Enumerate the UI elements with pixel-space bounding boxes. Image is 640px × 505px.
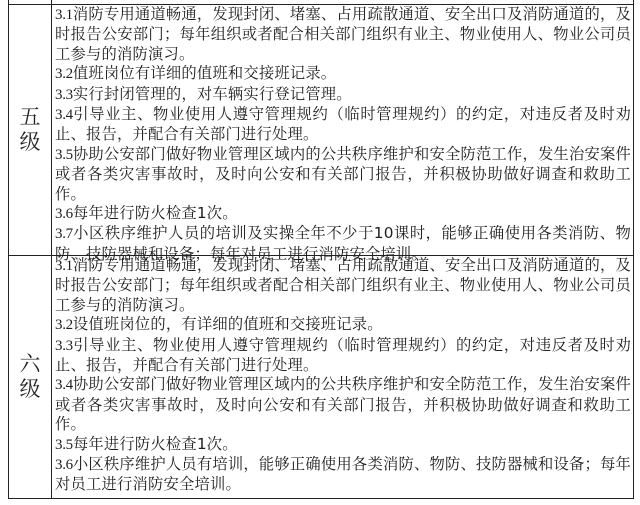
list-item: 3.6小区秩序维护人员有培训，能够正确使用各类消防、物防、技防器械和设备；每年对…: [55, 455, 631, 495]
item-text: 协助公安部门做好物业管理区域内的公共秩序维护和安全防范工作，发生治安案件或者各类…: [55, 145, 631, 203]
level-label: 六 级: [18, 352, 42, 402]
level-char: 五: [18, 105, 42, 130]
list-item: 3.2值班岗位有详细的值班和交接班记录。: [55, 64, 631, 84]
item-number: 3.2: [55, 66, 73, 82]
table-row-level-5: 五 级 3.1消防专用通道畅通，发现封闭、堵塞、占用疏散通道、安全出口及消防通道…: [9, 4, 633, 255]
item-number: 3.5: [55, 147, 73, 163]
list-item: 3.3实行封闭管理的，对车辆实行登记管理。: [55, 85, 631, 105]
list-item: 3.6每年进行防火检查1次。: [55, 204, 631, 224]
level-char: 级: [18, 130, 42, 155]
list-item: 3.2设值班岗位的，有详细的值班和交接班记录。: [55, 315, 631, 335]
item-number: 3.1: [55, 7, 73, 23]
level-char: 级: [18, 377, 42, 402]
item-number: 3.5: [55, 437, 73, 453]
content-cell: 3.1消防专用通道畅通，发现封闭、堵塞、占用疏散通道、安全出口及消防通道的，及时…: [52, 256, 633, 498]
item-text: 消防专用通道畅通，发现封闭、堵塞、占用疏散通道、安全出口及消防通道的，及时报告公…: [55, 256, 631, 314]
list-item: 3.1消防专用通道畅通，发现封闭、堵塞、占用疏散通道、安全出口及消防通道的，及时…: [55, 5, 631, 64]
level-cell: 五 级: [9, 5, 52, 255]
item-number: 3.6: [55, 457, 73, 473]
standards-table: 五 级 3.1消防专用通道畅通，发现封闭、堵塞、占用疏散通道、安全出口及消防通道…: [8, 0, 634, 499]
item-text: 消防专用通道畅通，发现封闭、堵塞、占用疏散通道、安全出口及消防通道的，及时报告公…: [55, 5, 631, 63]
item-number: 3.3: [55, 87, 73, 103]
list-item: 3.5每年进行防火检查1次。: [55, 435, 631, 455]
level-cell: 六 级: [9, 256, 52, 498]
item-number: 3.3: [55, 338, 73, 354]
table-row-level-6: 六 级 3.1消防专用通道畅通，发现封闭、堵塞、占用疏散通道、安全出口及消防通道…: [9, 255, 633, 498]
previous-content-cell: [52, 0, 633, 4]
item-text: 实行封闭管理的，对车辆实行登记管理。: [73, 85, 352, 103]
item-number: 3.2: [55, 317, 73, 333]
item-text: 引导业主、物业使用人遵守管理规约（临时管理规约）的约定，对违反者及时劝止、报告，…: [55, 105, 631, 143]
item-number: 3.7: [55, 226, 73, 242]
previous-level-cell: [9, 0, 52, 4]
content-cell: 3.1消防专用通道畅通，发现封闭、堵塞、占用疏散通道、安全出口及消防通道的，及时…: [52, 5, 633, 255]
list-item: 3.4协助公安部门做好物业管理区域内的公共秩序维护和安全防范工作，发生治安案件或…: [55, 375, 631, 434]
item-number: 3.4: [55, 107, 73, 123]
level-label: 五 级: [18, 105, 42, 155]
item-text: 每年进行防火检查1次。: [73, 204, 238, 222]
level-char: 六: [18, 352, 42, 377]
list-item: 3.1消防专用通道畅通，发现封闭、堵塞、占用疏散通道、安全出口及消防通道的，及时…: [55, 256, 631, 315]
item-text: 每年进行防火检查1次。: [73, 435, 238, 453]
item-text: 设值班岗位的，有详细的值班和交接班记录。: [73, 315, 383, 333]
item-text: 小区秩序维护人员有培训，能够正确使用各类消防、物防、技防器械和设备；每年对员工进…: [55, 455, 631, 493]
list-item: 3.5协助公安部门做好物业管理区域内的公共秩序维护和安全防范工作，发生治安案件或…: [55, 145, 631, 204]
item-text: 值班岗位有详细的值班和交接班记录。: [73, 64, 336, 82]
item-text: 协助公安部门做好物业管理区域内的公共秩序维护和安全防范工作，发生治安案件或者各类…: [55, 375, 631, 433]
previous-row-stub: [9, 0, 633, 4]
list-item: 3.4引导业主、物业使用人遵守管理规约（临时管理规约）的约定，对违反者及时劝止、…: [55, 105, 631, 145]
item-text: 引导业主、物业使用人遵守管理规约（临时管理规约）的约定，对违反者及时劝止、报告，…: [55, 336, 631, 374]
list-item: 3.3引导业主、物业使用人遵守管理规约（临时管理规约）的约定，对违反者及时劝止、…: [55, 336, 631, 376]
item-number: 3.6: [55, 206, 73, 222]
item-number: 3.4: [55, 377, 73, 393]
item-number: 3.1: [55, 258, 73, 274]
